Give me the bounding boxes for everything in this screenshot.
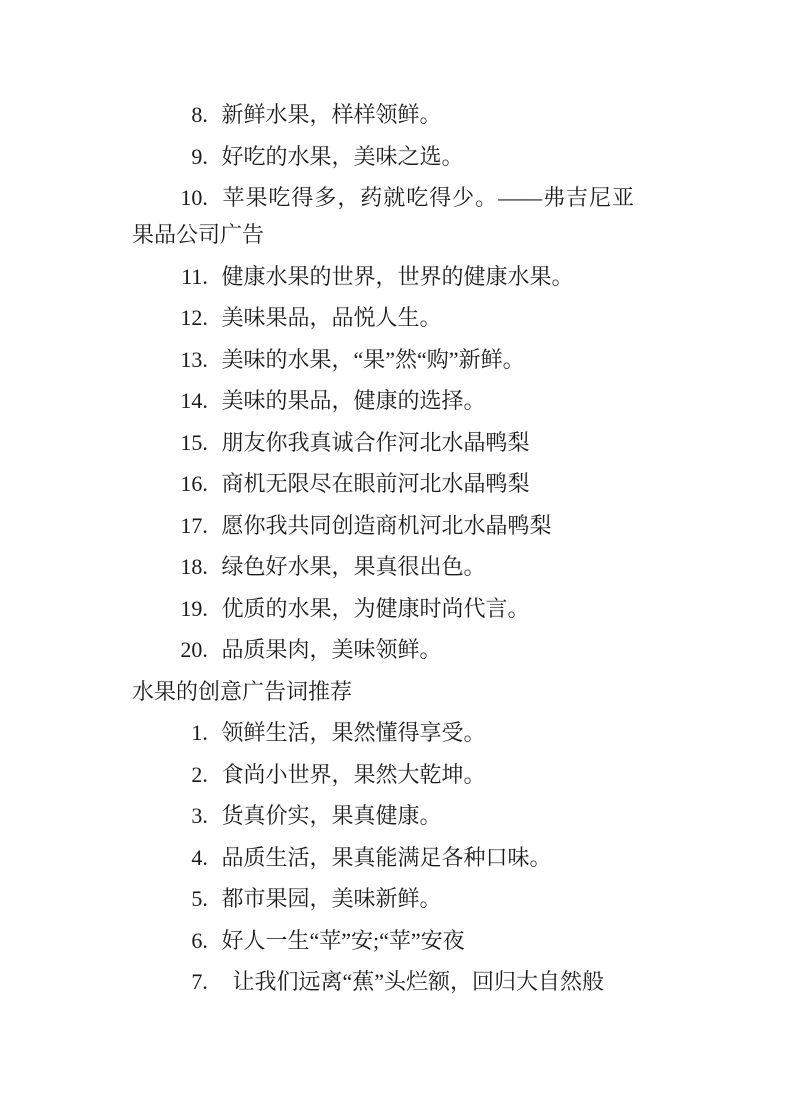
item-text: 美味的果品，健康的选择。 [222,388,486,413]
list-item: 6.好人一生“苹”安;“苹”安夜 [132,922,634,959]
item-number: 11. [176,258,208,295]
list-item: 20.品质果肉，美味领鲜。 [132,631,634,668]
item-text: 品质果肉，美味领鲜。 [222,637,442,662]
item-number: 15. [176,424,208,461]
item-text: 朋友你我真诚合作河北水晶鸭梨 [222,430,530,455]
list-item: 1.领鲜生活，果然懂得享受。 [132,714,634,751]
item-number: 1. [176,714,208,751]
item-number: 3. [176,797,208,834]
item-text: 领鲜生活，果然懂得享受。 [222,720,486,745]
list-item: 16.商机无限尽在眼前河北水晶鸭梨 [132,465,634,502]
list-item: 5.都市果园，美味新鲜。 [132,880,634,917]
item-text: 新鲜水果，样样领鲜。 [222,102,442,127]
document-content: 8.新鲜水果，样样领鲜。 9.好吃的水果，美味之选。 10.苹果吃得多，药就吃得… [132,96,634,1005]
list-item: 4.品质生活，果真能满足各种口味。 [132,839,634,876]
item-number: 8. [176,96,208,133]
list-item: 2.食尚小世界，果然大乾坤。 [132,756,634,793]
item-text: 愿你我共同创造商机河北水晶鸭梨 [222,513,552,538]
item-text: 健康水果的世界，世界的健康水果。 [222,264,574,289]
list-item: 9.好吃的水果，美味之选。 [132,138,634,175]
item-text: 品质生活，果真能满足各种口味。 [222,845,552,870]
item-text: 绿色好水果，果真很出色。 [222,554,486,579]
item-text: 优质的水果，为健康时尚代言。 [222,596,530,621]
list-item: 11.健康水果的世界，世界的健康水果。 [132,258,634,295]
item-number: 12. [176,299,208,336]
item-number: 9. [176,138,208,175]
item-text: 好吃的水果，美味之选。 [222,144,464,169]
list-item: 17.愿你我共同创造商机河北水晶鸭梨 [132,507,634,544]
item-number: 18. [176,548,208,585]
item-number: 20. [176,631,208,668]
item-number: 5. [176,880,208,917]
item-text: 食尚小世界，果然大乾坤。 [222,762,486,787]
item-number: 7. [176,963,208,1000]
list-item: 7. 让我们远离“蕉”头烂额，回归大自然般 [132,963,634,1000]
item-number: 13. [176,341,208,378]
item-number: 6. [176,922,208,959]
item-text: 让我们远离“蕉”头烂额，回归大自然般 [222,969,605,994]
item-number: 2. [176,756,208,793]
item-text: 好人一生“苹”安;“苹”安夜 [222,928,465,953]
document-page: 8.新鲜水果，样样领鲜。 9.好吃的水果，美味之选。 10.苹果吃得多，药就吃得… [0,0,792,1120]
item-text: 美味的水果，“果”然“购”新鲜。 [222,347,525,372]
item-number: 19. [176,590,208,627]
list-item: 10.苹果吃得多，药就吃得少。——弗吉尼亚果品公司广告 [132,179,634,253]
list-item: 14.美味的果品，健康的选择。 [132,382,634,419]
list-item: 18.绿色好水果，果真很出色。 [132,548,634,585]
list-item: 3.货真价实，果真健康。 [132,797,634,834]
list-item: 15.朋友你我真诚合作河北水晶鸭梨 [132,424,634,461]
item-number: 10. [176,179,208,216]
list-item: 12.美味果品，品悦人生。 [132,299,634,336]
item-number: 16. [176,465,208,502]
list-item: 13.美味的水果，“果”然“购”新鲜。 [132,341,634,378]
heading-text: 水果的创意广告词推荐 [132,679,352,704]
list-item: 8.新鲜水果，样样领鲜。 [132,96,634,133]
item-text: 美味果品，品悦人生。 [222,305,442,330]
item-number: 14. [176,382,208,419]
item-text: 货真价实，果真健康。 [222,803,442,828]
item-number: 17. [176,507,208,544]
item-text: 都市果园，美味新鲜。 [222,886,442,911]
item-number: 4. [176,839,208,876]
item-text: 商机无限尽在眼前河北水晶鸭梨 [222,471,530,496]
section-heading: 水果的创意广告词推荐 [132,673,634,710]
list-item: 19.优质的水果，为健康时尚代言。 [132,590,634,627]
